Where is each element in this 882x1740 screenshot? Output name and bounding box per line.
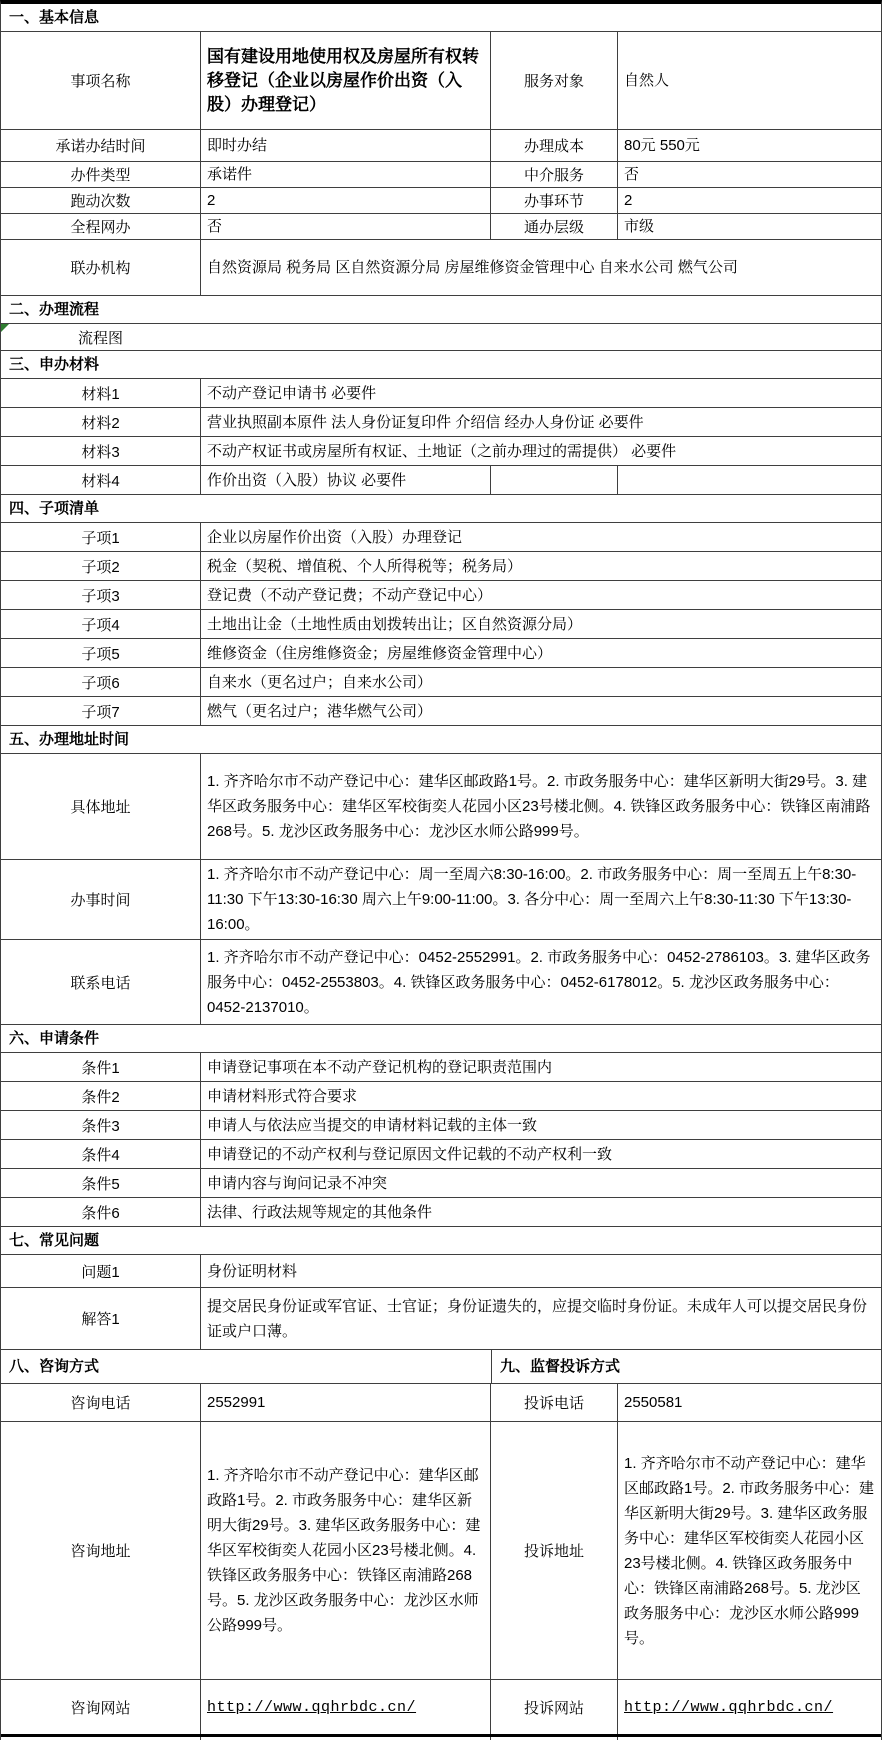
row-value: 市级	[617, 214, 881, 239]
table-row: 承诺办结时间 即时办结 办理成本 80元 550元	[1, 130, 881, 162]
row-label: 材料4	[1, 466, 200, 494]
row-label: 中介服务	[490, 162, 617, 187]
row-label: 子项2	[1, 552, 200, 580]
row-label: 条件3	[1, 1111, 200, 1139]
complaint-phone-value: 2550581	[617, 1384, 881, 1421]
table-row-contact-phones: 咨询电话 2552991 投诉电话 2550581	[1, 1384, 881, 1422]
row-value: 不动产权证书或房屋所有权证、土地证（之前办理过的需提供） 必要件	[200, 437, 881, 465]
comment-flag-icon	[1, 324, 9, 332]
section-header-basic-info: 一、基本信息	[1, 4, 881, 32]
row-value: 燃气（更名过户；港华燃气公司）	[200, 697, 881, 725]
table-row: 子项1 企业以房屋作价出资（入股）办理登记	[1, 523, 881, 552]
row-label: 办事环节	[490, 188, 617, 213]
table-row: 材料2 营业执照副本原件 法人身份证复印件 介绍信 经办人身份证 必要件	[1, 408, 881, 437]
table-row: 子项2 税金（契税、增值税、个人所得税等；税务局）	[1, 552, 881, 581]
table-row: 条件6 法律、行政法规等规定的其他条件	[1, 1198, 881, 1227]
row-value: 自然人	[617, 32, 881, 129]
row-label: 联办机构	[1, 240, 200, 295]
row-label: 条件5	[1, 1169, 200, 1197]
consult-phone-value: 2552991	[200, 1384, 490, 1421]
row-value: 登记费（不动产登记费；不动产登记中心）	[200, 581, 881, 609]
row-label: 事项名称	[1, 32, 200, 129]
table-row: 子项5 维修资金（住房维修资金；房屋维修资金管理中心）	[1, 639, 881, 668]
row-value: 申请人与依法应当提交的申请材料记载的主体一致	[200, 1111, 881, 1139]
row-value: 作价出资（入股）协议 必要件	[200, 466, 490, 494]
row-label: 办事时间	[1, 860, 200, 939]
row-value: 申请登记的不动产权利与登记原因文件记载的不动产权利一致	[200, 1140, 881, 1168]
section-header-materials: 三、申办材料	[1, 351, 881, 379]
section-header-address-time: 五、办理地址时间	[1, 726, 881, 754]
row-value: 2	[617, 188, 881, 213]
row-value: 即时办结	[200, 130, 490, 161]
section-header-subitems: 四、子项清单	[1, 495, 881, 523]
row-label: 条件6	[1, 1198, 200, 1226]
row-label: 联系电话	[1, 940, 200, 1024]
row-label: 条件4	[1, 1140, 200, 1168]
table-row: 子项3 登记费（不动产登记费；不动产登记中心）	[1, 581, 881, 610]
table-row: 条件3 申请人与依法应当提交的申请材料记载的主体一致	[1, 1111, 881, 1140]
table-row-phones: 联系电话 1. 齐齐哈尔市不动产登记中心：0452-2552991。2. 市政务…	[1, 940, 881, 1025]
row-value: 申请内容与询问记录不冲突	[200, 1169, 881, 1197]
row-label: 办理成本	[490, 130, 617, 161]
section-header-process: 二、办理流程	[1, 296, 881, 324]
empty-cell	[490, 466, 617, 494]
row-value: 80元 550元	[617, 130, 881, 161]
consult-address-value: 1. 齐齐哈尔市不动产登记中心：建华区邮政路1号。2. 市政务服务中心：建华区新…	[200, 1422, 490, 1679]
table-row: 全程网办 否 通办层级 市级	[1, 214, 881, 240]
item-name-value: 国有建设用地使用权及房屋所有权转移登记（企业以房屋作价出资（入股）办理登记）	[200, 32, 490, 129]
row-label: 条件1	[1, 1053, 200, 1081]
row-value: 否	[200, 214, 490, 239]
row-value: 1. 齐齐哈尔市不动产登记中心：建华区邮政路1号。2. 市政务服务中心：建华区新…	[200, 754, 881, 859]
row-label: 咨询网站	[1, 1680, 200, 1734]
table-row: 条件4 申请登记的不动产权利与登记原因文件记载的不动产权利一致	[1, 1140, 881, 1169]
row-label: 跑动次数	[1, 188, 200, 213]
row-value: 营业执照副本原件 法人身份证复印件 介绍信 经办人身份证 必要件	[200, 408, 881, 436]
row-value: 企业以房屋作价出资（入股）办理登记	[200, 523, 881, 551]
row-label: 办件类型	[1, 162, 200, 187]
section-header-consult: 八、咨询方式	[1, 1350, 491, 1383]
complaint-address-value: 1. 齐齐哈尔市不动产登记中心：建华区邮政路1号。2. 市政务服务中心：建华区新…	[617, 1422, 881, 1679]
row-label: 服务对象	[490, 32, 617, 129]
row-value: 税金（契税、增值税、个人所得税等；税务局）	[200, 552, 881, 580]
section-header-complaint: 九、监督投诉方式	[491, 1350, 882, 1383]
row-label: 咨询电话	[1, 1384, 200, 1421]
row-label: 咨询地址	[1, 1422, 200, 1679]
row-label: 材料3	[1, 437, 200, 465]
table-row-item-name: 事项名称 国有建设用地使用权及房屋所有权转移登记（企业以房屋作价出资（入股）办理…	[1, 32, 881, 130]
row-label: 投诉地址	[490, 1422, 617, 1679]
row-label: 子项6	[1, 668, 200, 696]
table-row: 材料3 不动产权证书或房屋所有权证、土地证（之前办理过的需提供） 必要件	[1, 437, 881, 466]
row-label: 具体地址	[1, 754, 200, 859]
row-value: 不动产登记申请书 必要件	[200, 379, 881, 407]
row-label: 材料2	[1, 408, 200, 436]
table-row-contact-addresses: 咨询地址 1. 齐齐哈尔市不动产登记中心：建华区邮政路1号。2. 市政务服务中心…	[1, 1422, 881, 1680]
row-label: 子项4	[1, 610, 200, 638]
row-value: 1. 齐齐哈尔市不动产登记中心：0452-2552991。2. 市政务服务中心：…	[200, 940, 881, 1024]
table-row-question: 问题1 身份证明材料	[1, 1255, 881, 1288]
flowchart-cell: 流程图	[1, 324, 882, 350]
table-row-answer: 解答1 提交居民身份证或军官证、士官证；身份证遗失的，应提交临时身份证。未成年人…	[1, 1288, 881, 1350]
table-row: 跑动次数 2 办事环节 2	[1, 188, 881, 214]
table-row: 条件2 申请材料形式符合要求	[1, 1082, 881, 1111]
row-label: 承诺办结时间	[1, 130, 200, 161]
table-row-address: 具体地址 1. 齐齐哈尔市不动产登记中心：建华区邮政路1号。2. 市政务服务中心…	[1, 754, 881, 860]
flowchart-label: 流程图	[1, 327, 200, 348]
table-row: 子项4 土地出让金（土地性质由划拨转出让；区自然资源分局）	[1, 610, 881, 639]
table-row: 条件5 申请内容与询问记录不冲突	[1, 1169, 881, 1198]
table-row: 材料1 不动产登记申请书 必要件	[1, 379, 881, 408]
table-row: 子项7 燃气（更名过户；港华燃气公司）	[1, 697, 881, 726]
row-label: 解答1	[1, 1288, 200, 1349]
row-label: 投诉网站	[490, 1680, 617, 1734]
empty-cell	[617, 466, 881, 494]
section-header-contact-split: 八、咨询方式 九、监督投诉方式	[1, 1350, 881, 1384]
row-value: 维修资金（住房维修资金；房屋维修资金管理中心）	[200, 639, 881, 667]
row-value: 申请登记事项在本不动产登记机构的登记职责范围内	[200, 1053, 881, 1081]
row-label: 子项3	[1, 581, 200, 609]
row-value: 2	[200, 188, 490, 213]
consult-website-link[interactable]: http://www.qqhrbdc.cn/	[207, 1695, 416, 1720]
section-header-conditions: 六、申请条件	[1, 1025, 881, 1053]
service-info-table: 一、基本信息 事项名称 国有建设用地使用权及房屋所有权转移登记（企业以房屋作价出…	[0, 0, 882, 1740]
row-value: 提交居民身份证或军官证、士官证；身份证遗失的，应提交临时身份证。未成年人可以提交…	[200, 1288, 881, 1349]
row-value: 自来水（更名过户；自来水公司）	[200, 668, 881, 696]
row-value: 身份证明材料	[200, 1255, 881, 1287]
row-value: 土地出让金（土地性质由划拨转出让；区自然资源分局）	[200, 610, 881, 638]
row-value: 否	[617, 162, 881, 187]
row-label: 投诉电话	[490, 1384, 617, 1421]
row-value: 1. 齐齐哈尔市不动产登记中心：周一至周六8:30-16:00。2. 市政务服务…	[200, 860, 881, 939]
section-header-faq: 七、常见问题	[1, 1227, 881, 1255]
row-label: 材料1	[1, 379, 200, 407]
row-label: 全程网办	[1, 214, 200, 239]
row-label: 子项1	[1, 523, 200, 551]
table-row: 材料4 作价出资（入股）协议 必要件	[1, 466, 881, 495]
row-value: 自然资源局 税务局 区自然资源分局 房屋维修资金管理中心 自来水公司 燃气公司	[200, 240, 881, 295]
row-label: 条件2	[1, 1082, 200, 1110]
complaint-website-link[interactable]: http://www.qqhrbdc.cn/	[624, 1695, 833, 1720]
table-row-contact-websites: 咨询网站 http://www.qqhrbdc.cn/ 投诉网站 http://…	[1, 1680, 881, 1737]
row-value: 申请材料形式符合要求	[200, 1082, 881, 1110]
row-label: 子项7	[1, 697, 200, 725]
row-label: 通办层级	[490, 214, 617, 239]
table-row-agencies: 联办机构 自然资源局 税务局 区自然资源分局 房屋维修资金管理中心 自来水公司 …	[1, 240, 881, 296]
table-row-flowchart: 流程图	[1, 324, 881, 351]
table-row: 办件类型 承诺件 中介服务 否	[1, 162, 881, 188]
row-value: 承诺件	[200, 162, 490, 187]
row-label: 子项5	[1, 639, 200, 667]
table-row: 条件1 申请登记事项在本不动产登记机构的登记职责范围内	[1, 1053, 881, 1082]
table-row: 子项6 自来水（更名过户；自来水公司）	[1, 668, 881, 697]
table-row-hours: 办事时间 1. 齐齐哈尔市不动产登记中心：周一至周六8:30-16:00。2. …	[1, 860, 881, 940]
row-label: 问题1	[1, 1255, 200, 1287]
row-value: 法律、行政法规等规定的其他条件	[200, 1198, 881, 1226]
